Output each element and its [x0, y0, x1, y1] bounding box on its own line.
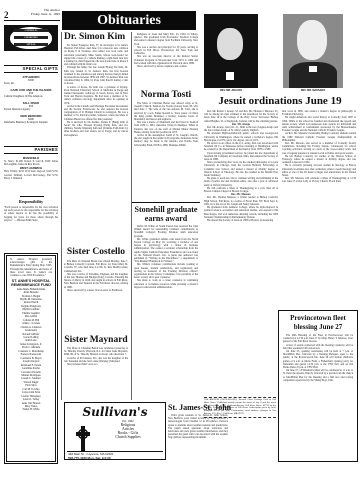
page-number: 2 — [4, 10, 9, 20]
paper-dateline: The Anchor Friday, June 11, 1993 — [12, 8, 60, 16]
paragraph: The Mass of Christian Burial was offered… — [134, 102, 198, 121]
issue-date: Friday, June 11, 1993 — [12, 12, 60, 16]
paragraph: She is survived by a sister, Nora Leaver… — [64, 289, 128, 292]
paragraph: She was a native of Mansfield and had li… — [134, 121, 198, 134]
paragraph: On June 25, opening ceremonies will be h… — [283, 350, 353, 369]
headline-tosti: Norma Tosti — [134, 90, 198, 101]
photo-massaro — [283, 14, 343, 88]
divider — [20, 196, 44, 197]
paragraph: Rev. Mr. Thomas Massaro, a former teache… — [204, 196, 278, 206]
paragraph: Through his father, the late Joseph Hyun… — [64, 66, 128, 85]
headline-line: Stonehill graduate — [132, 205, 200, 214]
paragraph: Rev. Mr. Massaro will celebrate a Mass o… — [282, 177, 356, 183]
masthead-rule — [4, 20, 60, 21]
photo-araujo — [204, 14, 258, 88]
paragraph: She was an associate director of the Ret… — [134, 55, 198, 65]
paragraph: He served as an officer in the U.S. Army… — [204, 142, 278, 152]
gift-donor: Denmark's Pharmacy & Surgical Supplies — [4, 121, 58, 124]
paragraph: He is survived by his mother, Joanna P. … — [64, 121, 128, 137]
divider — [4, 153, 58, 154]
paragraph: She is survived by nieces, nephews and c… — [134, 65, 198, 68]
article-jesuit-body-right: first vows in 1985, and earned a master'… — [282, 110, 356, 306]
paragraph: He taught American and world history at … — [282, 116, 356, 132]
article-maynard-continued: Religious of Jesus and Mary Feb. 25, 193… — [134, 33, 198, 88]
paragraph: Debra M. White of South Easton has recei… — [134, 225, 198, 238]
headline-maynard: Sister Maynard — [64, 335, 128, 346]
article-costello-body: The Mass of Christian Burial was offered… — [64, 260, 128, 320]
article-jesuit-body-left: Rev. Mr. Robert J. Araujo, SJ, and Rev. … — [204, 110, 278, 395]
mailing-notice-text: THE ANCHOR (USPS-545-020). Second Class … — [204, 399, 276, 416]
article-tosti-body: The Mass of Christian Burial was offered… — [134, 102, 198, 199]
paragraph: Rev. Mr. Robert J. Araujo, SJ, and Rev. … — [204, 110, 278, 123]
st-annes-title-line-2: REMEMBRANCE FUND — [10, 283, 52, 287]
headline-jesuit: Jesuit ordinations June 19 — [202, 95, 358, 108]
paragraph: He plans to teach law and to continue wr… — [204, 177, 278, 187]
paragraph: The Mass of Christian Burial was celebra… — [64, 347, 128, 357]
paragraph: Ms. White's volunteer contributions incl… — [134, 263, 198, 279]
headline-costello: Sister Costello — [64, 247, 128, 258]
section-banner: Obituaries — [62, 11, 196, 30]
responsibility-heading: Responsibility — [4, 199, 58, 204]
paragraph: He graduated from Amherst College, where… — [204, 206, 278, 219]
headline-line: Provincetown fleet — [283, 314, 353, 323]
article-kim-body: Dr. Simon Youngsoo Kim, 37, an oncologis… — [64, 44, 128, 239]
paragraph: Upon leaving government service, he join… — [204, 152, 278, 162]
parishes-heading: PARISHES — [4, 147, 58, 152]
divider — [4, 72, 58, 73]
paragraph: Rev. Mr. Massaro also served as a member… — [282, 142, 356, 155]
portrait-face — [217, 28, 243, 60]
paragraph: He left Bishop Connolly for studies at t… — [282, 155, 356, 165]
paragraph: She plans to work as a career counselor … — [134, 279, 198, 289]
paragraph: A native of Korea, Dr. Kim was a graduat… — [64, 86, 128, 105]
paragraph: Religious of Jesus and Mary Feb. 25, 193… — [134, 33, 198, 46]
paragraph: The Mass of Christian Burial was offered… — [64, 260, 128, 273]
headline-line: earns award — [132, 214, 200, 223]
headline-stonehill: Stonehill graduate earns award — [132, 205, 200, 223]
divider — [132, 202, 200, 203]
portrait-face — [297, 20, 327, 60]
paragraph: As Rev. Mr. Massaro's leadership, Bishop… — [282, 132, 356, 142]
paragraph: Dr. Simon Youngsoo Kim, 37, an oncologis… — [64, 44, 128, 66]
ad-line: Church Supplies — [95, 435, 161, 439]
ad-name: Sullivan's — [65, 405, 165, 419]
st-annes-title: ST. ANNE'S HOSPITAL REMEMBRANCE FUND — [10, 279, 52, 287]
article-provincetown-body: The 46th Blessing of the Fleet in Provin… — [283, 334, 353, 382]
st-annes-intro: St. Anne's Hospital gratefully acknowled… — [10, 258, 52, 277]
paragraph: Ms. White graduated summa cum laude from… — [134, 238, 198, 264]
caption-araujo: REV. MR. ARAUJO — [204, 89, 258, 92]
article-st-james-body: Third grade students at St. James-St. Jo… — [168, 414, 228, 464]
paragraph: Active in the Assumption Guild of St. Jo… — [134, 134, 198, 147]
st-annes-remembrance-box: St. Anne's Hospital gratefully acknowled… — [4, 253, 58, 464]
responsibility-quote: "Each person is responsible for his own … — [4, 206, 58, 222]
clerical-collar — [309, 66, 317, 72]
paragraph: He attended Dighton-Rehoboth public scho… — [204, 132, 278, 142]
name: Walter H. White — [10, 408, 52, 411]
paragraph: Third grade students at St. James-St. Jo… — [168, 414, 228, 440]
mailing-notice: THE ANCHOR (USPS-545-020). Second Class … — [204, 397, 276, 418]
logo-line-2: CHARITIES — [14, 36, 48, 39]
logo-line-3: APPEAL — [14, 43, 48, 46]
parishes-list: MANSFIELD St. Mary: $1,000 Robert P. Car… — [4, 156, 58, 180]
paragraph: Since pronouncing first vows, he has stu… — [204, 161, 278, 177]
paragraph: The 46th Blessing of the Fleet in Provin… — [283, 334, 353, 344]
paragraph: He entered the Society of Jesus in 1983 … — [204, 219, 278, 222]
column-divider — [61, 32, 62, 400]
paragraph: On June 27, a Fisherman's Mass will be c… — [283, 369, 353, 382]
special-gifts-list: ATTLEBORO $500 Krew, Inc. CAPE COD AND T… — [4, 75, 58, 124]
logo-line-1: CATHOLIC — [14, 29, 48, 32]
clerical-collar — [226, 72, 234, 80]
headline-kim: Dr. Simon Kim — [64, 32, 132, 43]
headline-provincetown: Provincetown fleet blessing June 27 — [283, 314, 353, 331]
paragraph: She professed final vows as a — [64, 363, 128, 366]
paragraph: She was a teacher and principal for 50 y… — [134, 46, 198, 56]
special-gifts-heading: SPECIAL GIFTS — [4, 66, 58, 71]
parish-gifts: Holy Trinity: $150 W/W Kurt Osgood, $100… — [4, 170, 58, 180]
paragraph: Active in the Cursillo and Marriage Enco… — [64, 105, 128, 121]
paragraph: She was a native of Yorkshire, England, … — [64, 273, 128, 289]
celtic-cross-icon — [76, 426, 90, 452]
provincetown-box: Provincetown fleet blessing June 27 The … — [278, 310, 358, 462]
headline-line: blessing June 27 — [283, 323, 353, 332]
paragraph: He is currently pursuing doctoral studie… — [282, 164, 356, 177]
article-stonehill-body: Debra M. White of South Easton has recei… — [134, 225, 198, 400]
ad-phone-hours: 508-775-4180 Mon.-Sat. 9-5:30 — [68, 456, 164, 460]
caption-massaro: REV. MR. MASSARO — [283, 89, 343, 92]
article-maynard-body: The Mass of Christian Burial was celebra… — [64, 347, 128, 399]
remembrance-names: Anne-Marie Bellenfontaine Alma Bessette … — [10, 288, 52, 412]
